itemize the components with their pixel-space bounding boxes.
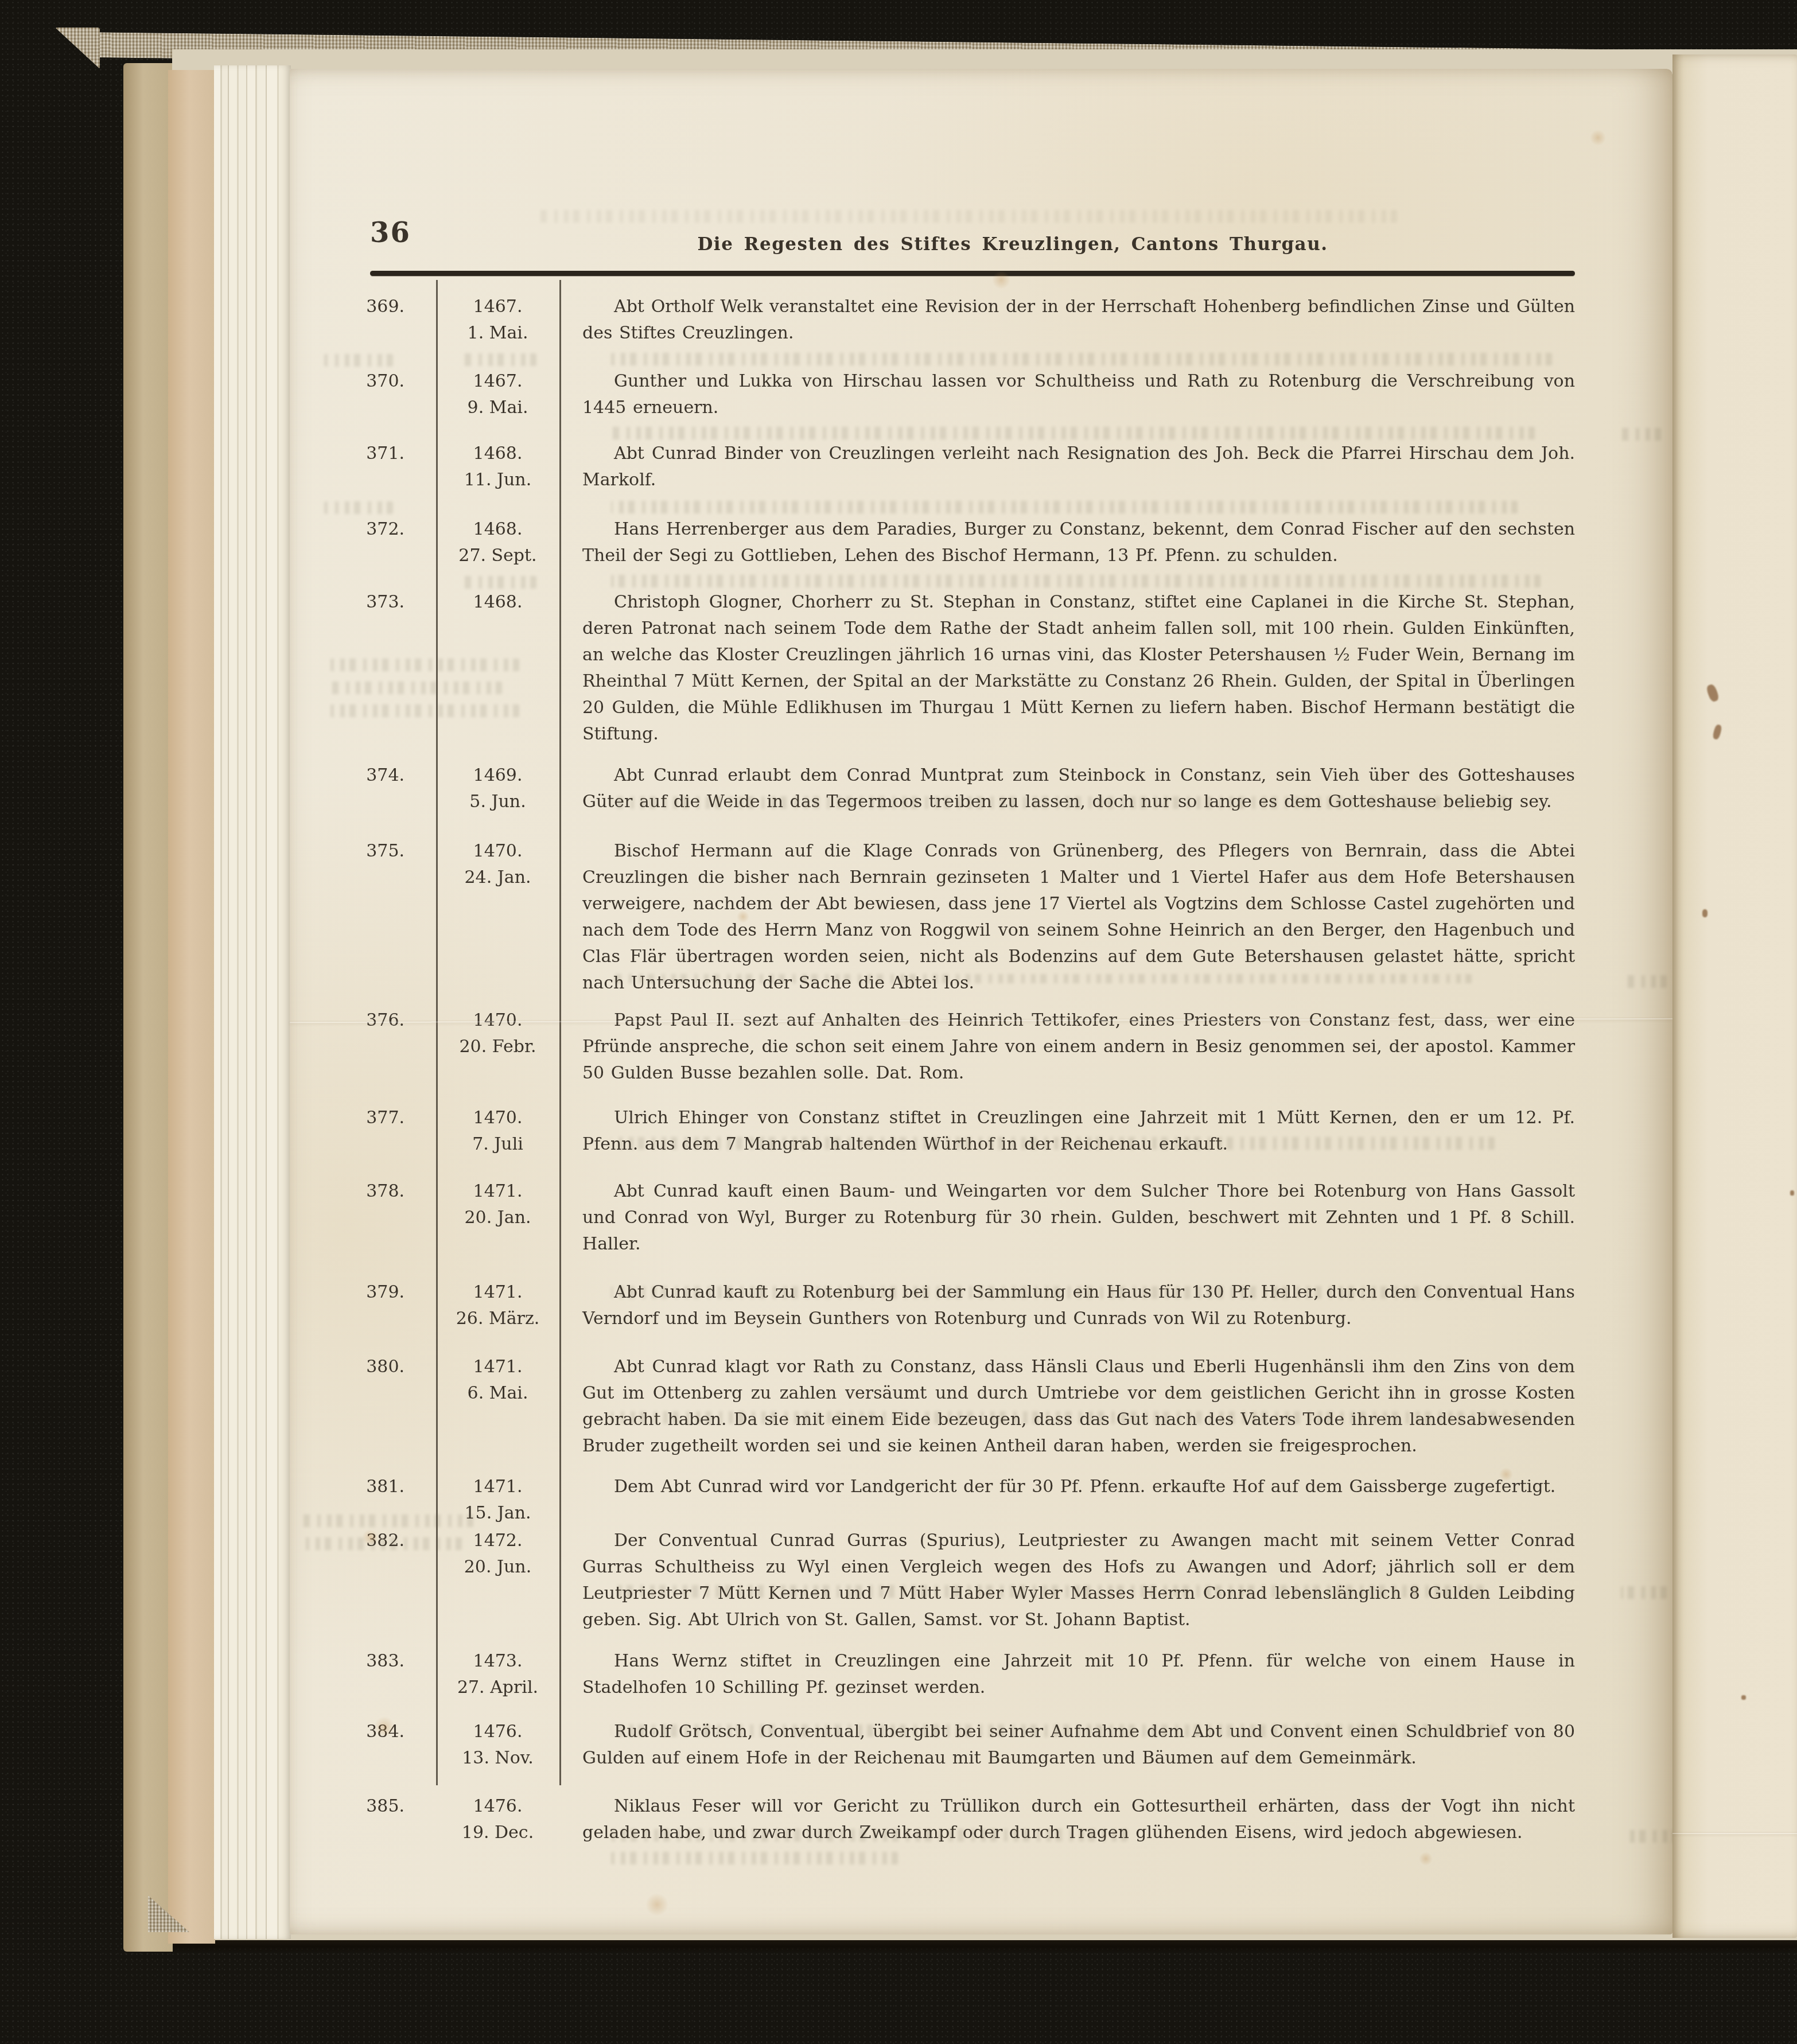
bleedthrough-smudge xyxy=(301,1514,473,1527)
entry-number: 375. xyxy=(290,838,436,865)
foxing-spot xyxy=(1419,1852,1433,1866)
entry-row: 381.1471.15. Jan.Dem Abt Cunrad wird vor… xyxy=(290,1474,1575,1527)
foxing-spot xyxy=(992,271,1010,289)
ink-speck xyxy=(1741,1695,1746,1700)
entry-year: 1476. xyxy=(436,1793,559,1820)
entry-row: 378.1471.20. Jan.Abt Cunrad kauft einen … xyxy=(290,1178,1575,1257)
entry-text: Abt Ortholf Welk veranstaltet eine Revis… xyxy=(559,294,1575,346)
page-number: 36 xyxy=(370,217,411,249)
entry-date: 1467.9. Mai. xyxy=(436,368,559,421)
entry-day: 27. Sept. xyxy=(436,543,559,569)
bleedthrough-smudge xyxy=(324,501,393,514)
entry-number: 383. xyxy=(290,1648,436,1675)
entry-day: 5. Jun. xyxy=(436,789,559,815)
bleedthrough-smudge xyxy=(462,576,536,589)
bleedthrough-smudge xyxy=(462,353,536,366)
ink-speck xyxy=(1705,683,1720,703)
bleedthrough-smudge xyxy=(1627,1830,1678,1843)
entry-year: 1470. xyxy=(436,1007,559,1034)
entry-day: 20. Febr. xyxy=(436,1034,559,1060)
entry-text: Ulrich Ehinger von Constanz stiftet in C… xyxy=(559,1105,1575,1158)
entry-row: 371.1468.11. Jun.Abt Cunrad Binder von C… xyxy=(290,441,1575,493)
bleedthrough-smudge xyxy=(1621,1586,1667,1599)
entry-text: Abt Cunrad Binder von Creuzlingen verlei… xyxy=(559,441,1575,493)
entry-date: 1471.6. Mai. xyxy=(436,1354,559,1407)
entry-text: Hans Herrenberger aus dem Paradies, Burg… xyxy=(559,516,1575,569)
facing-page-edge xyxy=(1672,54,1797,1938)
entry-day: 13. Nov. xyxy=(436,1745,559,1772)
entry-year: 1471. xyxy=(436,1474,559,1500)
ink-speck xyxy=(1712,724,1722,740)
entry-day: 11. Jun. xyxy=(436,467,559,493)
cloth-corner-top-left xyxy=(55,28,100,69)
entry-number: 376. xyxy=(290,1007,436,1034)
entry-number: 378. xyxy=(290,1178,436,1205)
entry-date: 1470.7. Juli xyxy=(436,1105,559,1158)
entry-day: 19. Dec. xyxy=(436,1820,559,1846)
entry-day: 27. April. xyxy=(436,1675,559,1701)
book-page: 36 Die Regesten des Stiftes Kreuzlingen,… xyxy=(290,69,1672,1934)
bleedthrough-smudge xyxy=(611,1585,1483,1598)
bleedthrough-smudge xyxy=(330,704,519,717)
entry-number: 379. xyxy=(290,1279,436,1306)
entry-year: 1471. xyxy=(436,1178,559,1205)
entry-date: 1471.26. März. xyxy=(436,1279,559,1332)
entry-year: 1468. xyxy=(436,516,559,543)
bleedthrough-smudge xyxy=(324,354,393,367)
entry-year: 1468. xyxy=(436,589,559,616)
entry-number: 369. xyxy=(290,294,436,320)
entry-text: Bischof Hermann auf die Klage Conrads vo… xyxy=(559,838,1575,996)
entry-date: 1476.19. Dec. xyxy=(436,1793,559,1846)
bleedthrough-smudge xyxy=(611,1724,1495,1737)
entry-number: 374. xyxy=(290,762,436,789)
bleedthrough-smudge xyxy=(611,1829,1127,1841)
bleedthrough-smudge xyxy=(611,1852,898,1864)
entry-number: 373. xyxy=(290,589,436,616)
bleedthrough-smudge xyxy=(536,210,1397,223)
entry-number: 384. xyxy=(290,1719,436,1745)
entry-text: Dem Abt Cunrad wird vor Landgericht der … xyxy=(559,1474,1575,1500)
entry-date: 1470.24. Jan. xyxy=(436,838,559,891)
entry-row: 380.1471.6. Mai.Abt Cunrad klagt vor Rat… xyxy=(290,1354,1575,1459)
bleedthrough-smudge xyxy=(611,1286,1518,1299)
entry-date: 1471.20. Jan. xyxy=(436,1178,559,1231)
entry-day: 6. Mai. xyxy=(436,1380,559,1407)
entry-text: Hans Wernz stiftet in Creuzlingen eine J… xyxy=(559,1648,1575,1701)
book-cover-edge-left xyxy=(123,63,173,1952)
bleedthrough-smudge xyxy=(611,796,1506,809)
entry-day: 7. Juli xyxy=(436,1131,559,1158)
bleedthrough-smudge xyxy=(611,353,1552,365)
entry-date: 1469.5. Jun. xyxy=(436,762,559,815)
bleedthrough-smudge xyxy=(611,1411,1529,1424)
bleedthrough-smudge xyxy=(330,659,519,671)
foxing-spot xyxy=(1590,130,1606,146)
entry-row: 372.1468.27. Sept.Hans Herrenberger aus … xyxy=(290,516,1575,569)
entry-date: 1472.20. Jun. xyxy=(436,1528,559,1580)
bleedthrough-smudge xyxy=(1621,428,1661,441)
entry-number: 370. xyxy=(290,368,436,395)
endpaper-edge xyxy=(168,70,215,1944)
entry-day: 20. Jun. xyxy=(436,1554,559,1580)
entry-year: 1470. xyxy=(436,1105,559,1131)
entry-year: 1473. xyxy=(436,1648,559,1675)
entry-day: 26. März. xyxy=(436,1306,559,1332)
entry-day: 24. Jan. xyxy=(436,865,559,891)
running-header: Die Regesten des Stiftes Kreuzlingen, Ca… xyxy=(508,234,1518,255)
foxing-spot xyxy=(362,1529,378,1545)
entry-date: 1468.27. Sept. xyxy=(436,516,559,569)
entry-date: 1470.20. Febr. xyxy=(436,1007,559,1060)
entry-number: 381. xyxy=(290,1474,436,1500)
foxing-spot xyxy=(1499,1467,1513,1481)
entry-date: 1467.1. Mai. xyxy=(436,294,559,346)
entry-number: 380. xyxy=(290,1354,436,1380)
entry-row: 377.1470.7. JuliUlrich Ehinger von Const… xyxy=(290,1105,1575,1158)
ink-speck xyxy=(1790,1190,1794,1196)
entry-day: 20. Jan. xyxy=(436,1205,559,1231)
entry-text: Der Conventual Cunrad Gurras (Spurius), … xyxy=(559,1528,1575,1633)
entry-year: 1470. xyxy=(436,838,559,865)
entry-year: 1467. xyxy=(436,368,559,395)
entry-year: 1467. xyxy=(436,294,559,320)
entry-date: 1476.13. Nov. xyxy=(436,1719,559,1772)
bleedthrough-smudge xyxy=(611,501,1518,513)
entry-date: 1468. xyxy=(436,589,559,616)
entry-date: 1473.27. April. xyxy=(436,1648,559,1701)
entry-date: 1468.11. Jun. xyxy=(436,441,559,493)
bleedthrough-smudge xyxy=(301,1537,462,1550)
entry-row: 375.1470.24. Jan.Bischof Hermann auf die… xyxy=(290,838,1575,996)
bleedthrough-smudge xyxy=(611,974,1472,983)
entry-row: 382.1472.20. Jun.Der Conventual Cunrad G… xyxy=(290,1528,1575,1633)
foxing-spot xyxy=(737,910,749,923)
entry-row: 370.1467.9. Mai.Gunther und Lukka von Hi… xyxy=(290,368,1575,421)
entry-year: 1469. xyxy=(436,762,559,789)
entry-year: 1471. xyxy=(436,1354,559,1380)
entry-row: 383.1473.27. April.Hans Wernz stiftet in… xyxy=(290,1648,1575,1701)
entry-day: 1. Mai. xyxy=(436,320,559,346)
entry-number: 377. xyxy=(290,1105,436,1131)
page-stack-edges xyxy=(214,65,291,1939)
entry-text: Abt Cunrad klagt vor Rath zu Constanz, d… xyxy=(559,1354,1575,1459)
book-photo: 36 Die Regesten des Stiftes Kreuzlingen,… xyxy=(0,0,1797,2044)
bleedthrough-smudge xyxy=(1627,975,1667,988)
entry-year: 1476. xyxy=(436,1719,559,1745)
entry-text: Abt Cunrad kauft einen Baum- und Weingar… xyxy=(559,1178,1575,1257)
entry-day: 9. Mai. xyxy=(436,395,559,421)
entry-number: 372. xyxy=(290,516,436,543)
foxing-spot xyxy=(374,1716,395,1737)
bleedthrough-smudge xyxy=(330,682,502,694)
entry-row: 369.1467.1. Mai.Abt Ortholf Welk veranst… xyxy=(290,294,1575,346)
bleedthrough-smudge xyxy=(611,427,1535,439)
entry-text: Christoph Glogner, Chorherr zu St. Steph… xyxy=(559,589,1575,747)
entry-year: 1468. xyxy=(436,441,559,467)
header-rule xyxy=(370,271,1575,276)
entry-number: 385. xyxy=(290,1793,436,1820)
crease-line xyxy=(1672,1833,1797,1834)
bleedthrough-smudge xyxy=(611,575,1541,587)
foxing-spot xyxy=(645,1893,668,1916)
bleedthrough-smudge xyxy=(611,1137,1495,1150)
entry-number: 371. xyxy=(290,441,436,467)
entry-text: Gunther und Lukka von Hirschau lassen vo… xyxy=(559,368,1575,421)
entry-year: 1471. xyxy=(436,1279,559,1306)
ink-speck xyxy=(1702,909,1707,917)
